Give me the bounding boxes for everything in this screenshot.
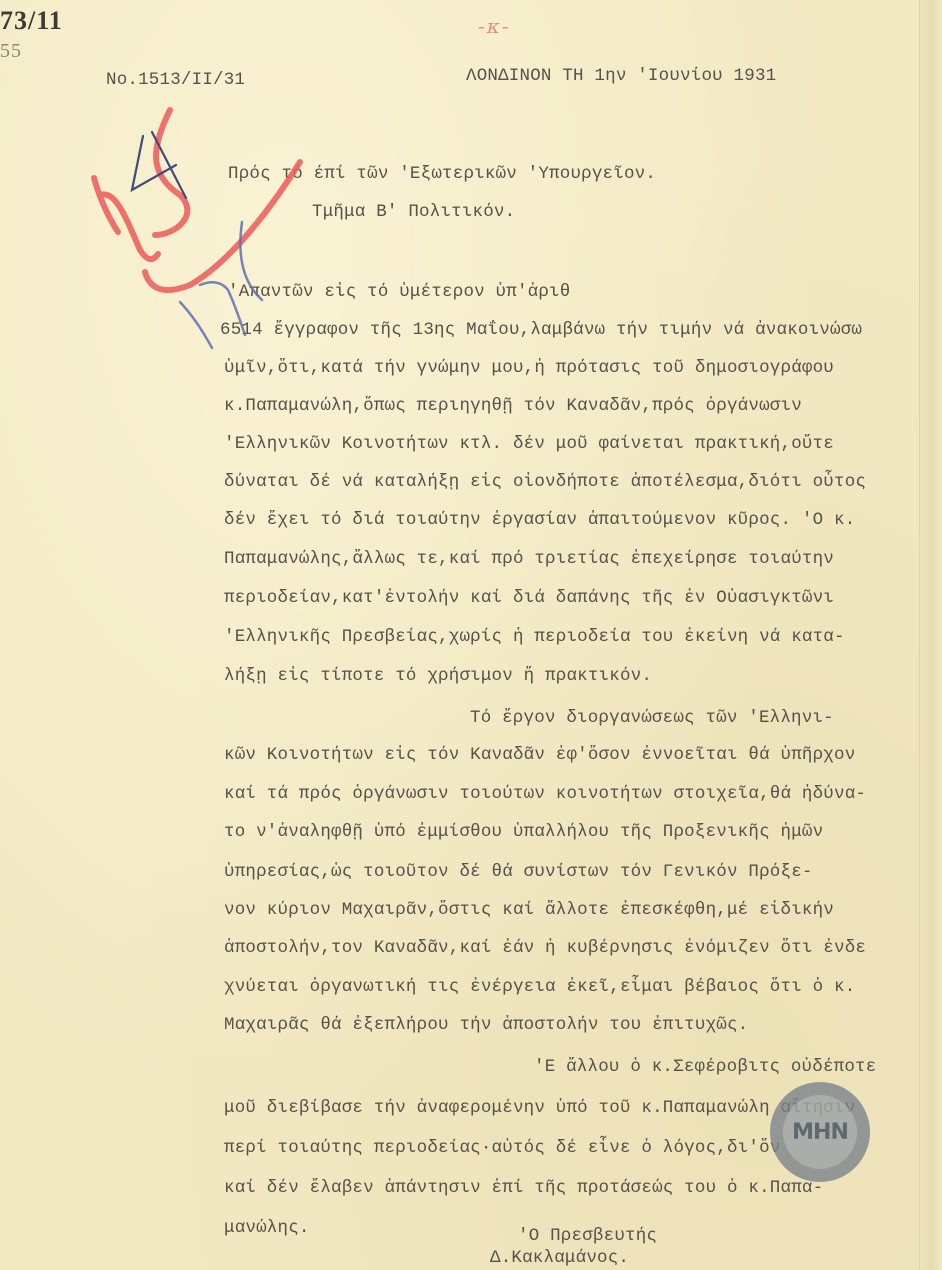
addressee-line-1: Πρός τό έπί τῶν 'Εξωτερικῶν 'Υπουργεῖον. (228, 164, 656, 184)
body-line: καί τά πρός ὀργάνωσιν τοιούτων κοινοτήτω… (224, 784, 866, 804)
archive-file-number: 73/11 (0, 6, 63, 36)
body-line: χνύεται ὀργανωτική τις ἐνέργεια ἐκεῖ,εἶμ… (224, 977, 855, 997)
body-line: δύναται δέ νά καταλήξῃ εἰς οἱονδήποτε ἀπ… (224, 472, 866, 492)
body-line: ὑπηρεσίας,ὡς τοιοῦτον δέ θά συνίστων τόν… (224, 862, 813, 882)
blue-pencil-4 (132, 132, 186, 198)
archive-stamp: ΜΗΝ (770, 1082, 870, 1182)
body-line: Παπαμανώλης,ἄλλως τε,καί πρό τριετίας ἐπ… (224, 549, 834, 569)
archive-sub-number: 55 (0, 40, 22, 63)
body-line: 'Ε ἄλλου ὁ κ.Σεφέροβιτς οὐδέποτε (534, 1057, 876, 1077)
pencil-page-mark: -κ- (478, 14, 511, 38)
body-line: ἀποστολήν,τον Καναδᾶν,καί ἐάν ἡ κυβέρνησ… (224, 938, 866, 958)
document-page: 73/11 55 -κ- No.1513/II/31 ΛΟΝΔΙΝΟΝ ΤΗ 1… (0, 0, 942, 1270)
body-line: 'Απαντῶν εἰς τό ὑμέτερον ὑπ'ἀριθ (228, 282, 570, 302)
body-line: δέν ἔχει τό διά τοιαύτην ἐργασίαν ἀπαιτο… (224, 510, 855, 530)
stamp-monogram: ΜΗΝ (783, 1095, 857, 1169)
body-line: 'Ελληνικῆς Πρεσβείας,χωρίς ἡ περιοδεία τ… (224, 627, 845, 647)
body-line: Τό ἔργον διοργανώσεως τῶν 'Ελληνι- (470, 708, 834, 728)
body-line: ὑμῖν,ὅτι,κατά τήν γνώμην μου,ἡ πρότασις … (224, 358, 834, 378)
place-date: ΛΟΝΔΙΝΟΝ ΤΗ 1ην 'Ιουνίου 1931 (466, 66, 776, 86)
body-line: το ν'ἀναληφθῇ ὑπό ἐμμίσθου ὑπαλλήλου τῆς… (224, 822, 823, 842)
body-line: Μαχαιρᾶς θά ἐξεπλήρου τήν ἀποστολήν του … (224, 1015, 748, 1035)
body-line: περί τοιαύτης περιοδείας·αὐτός δέ εἶνε ὁ… (224, 1138, 781, 1158)
signature-title: 'Ο Πρεσβευτής (518, 1226, 657, 1246)
body-line: 'Ελληνικῶν Κοινοτήτων κτλ. δέν μοῦ φαίνε… (224, 434, 834, 454)
body-line: περιοδείαν,κατ'ἐντολήν καί διά δαπάνης τ… (224, 588, 834, 608)
body-line: 6514 ἔγγραφον τῆς 13ης Μαΐου,λαμβάνω τήν… (220, 320, 862, 340)
body-line: μανώλης. (224, 1218, 310, 1238)
signature-name: Δ.Κακλαμάνος. (490, 1248, 629, 1268)
addressee-line-2: Τμῆμα Β' Πολιτικόν. (312, 202, 515, 222)
body-line: μοῦ διεβίβασε τήν ἀναφερομένην ὑπό τοῦ κ… (224, 1098, 855, 1118)
paper-edge (919, 0, 942, 1270)
body-line: κῶν Κοινοτήτων εἰς τόν Καναδᾶν ἐφ'ὅσον ἐ… (224, 745, 855, 765)
body-line: καί δέν ἔλαβεν ἀπάντησιν ἐπί τῆς προτάσε… (224, 1178, 823, 1198)
body-line: νον κύριον Μαχαιρᾶν,ὅστις καί ἄλλοτε ἐπε… (224, 900, 834, 920)
body-line: λήξῃ εἰς τίποτε τό χρήσιμον ἤ πρακτικόν. (224, 666, 652, 686)
reference-number: No.1513/II/31 (106, 70, 245, 90)
red-pencil-mark (94, 110, 300, 290)
body-line: κ.Παπαμανώλη,ὅπως περιηγηθῇ τόν Καναδᾶν,… (224, 396, 802, 416)
